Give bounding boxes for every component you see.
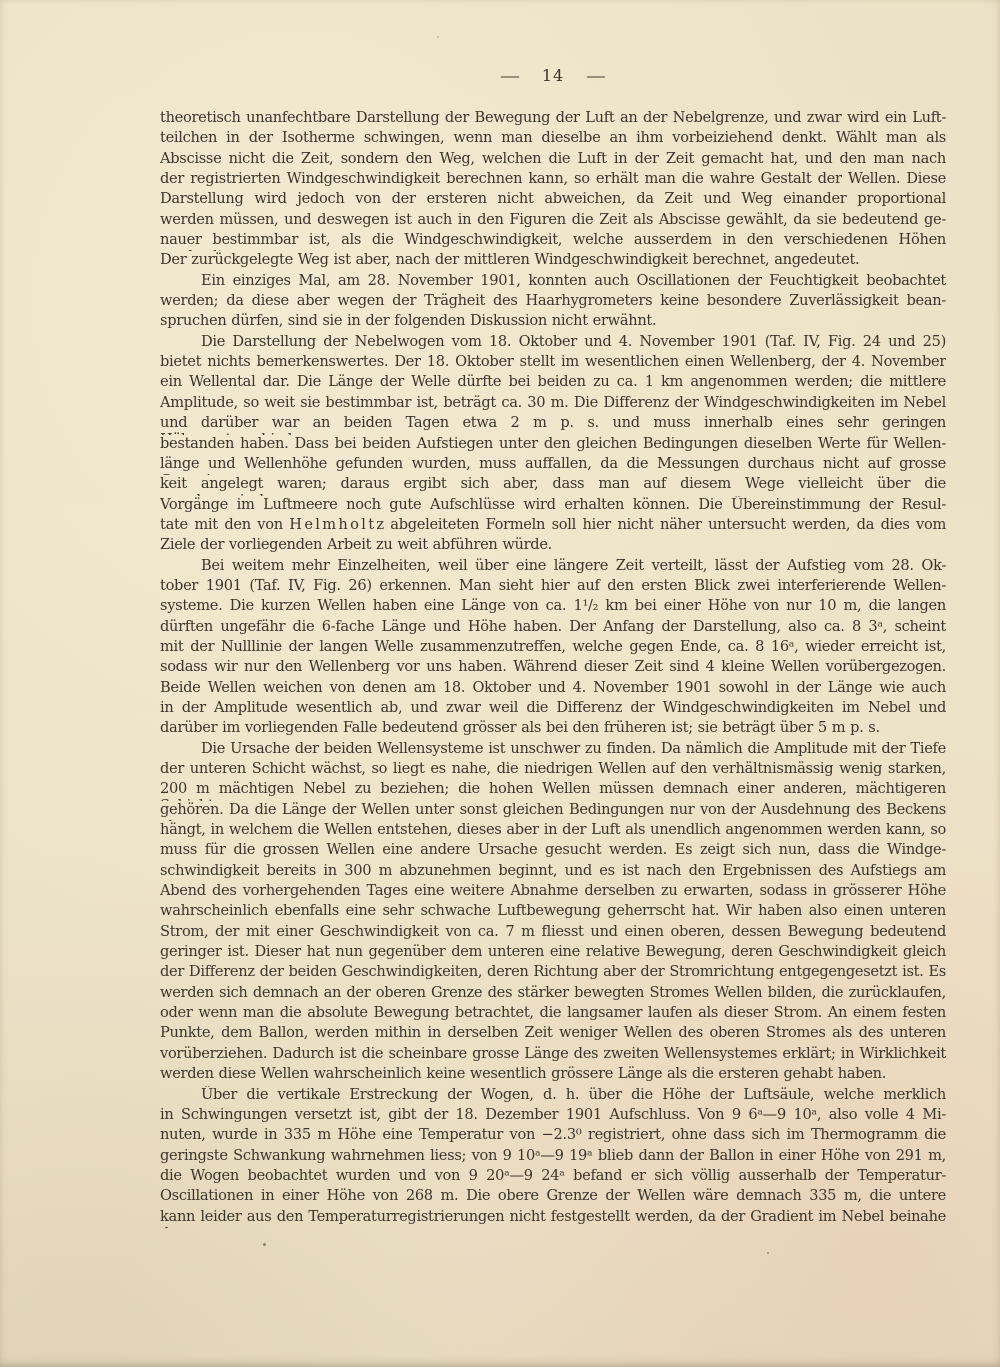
text-line: spruchen dürfen, sind sie in der folgend… — [160, 312, 946, 332]
text-line: darüber im vorliegenden Falle bedeutend … — [160, 719, 946, 739]
text-line: tober 1901 (Taf. IV, Fig. 26) erkennen. … — [160, 577, 946, 597]
text-line: Die Ursache der beiden Wellensysteme ist… — [160, 740, 946, 760]
text-line: in Schwingungen versetzt ist, gibt der 1… — [160, 1106, 946, 1126]
text-line: dürften ungefähr die 6-fache Länge und H… — [160, 618, 946, 638]
text-line: Abscisse nicht die Zeit, sondern den Weg… — [160, 150, 946, 170]
text-line: werden; da diese aber wegen der Trägheit… — [160, 292, 946, 312]
paper-speck — [767, 1252, 769, 1254]
text-line: Abend des vorhergehenden Tages eine weit… — [160, 882, 946, 902]
text-line: Über die vertikale Erstreckung der Wogen… — [160, 1086, 946, 1106]
text-line: Ein einziges Mal, am 28. November 1901, … — [160, 272, 946, 292]
text-line: Bei weitem mehr Einzelheiten, weil über … — [160, 557, 946, 577]
text-line: Darstellung wird jedoch von der ersteren… — [160, 190, 946, 210]
text-line: der unteren Schicht wächst, so liegt es … — [160, 760, 946, 780]
text-line: tate mit den von H e l m h o l t z abgel… — [160, 516, 946, 536]
text-line: systeme. Die kurzen Wellen haben eine Lä… — [160, 597, 946, 617]
page-number: 14 — [542, 66, 564, 85]
text-line: werden müssen, und deswegen ist auch in … — [160, 211, 946, 231]
text-line: geringer ist. Dieser hat nun gegenüber d… — [160, 943, 946, 963]
text-line: 200 m mächtigen Nebel zu beziehen; die h… — [160, 780, 946, 800]
text-line: der Differenz der beiden Geschwindigkeit… — [160, 963, 946, 983]
text-line: der registrierten Windgeschwindigkeit be… — [160, 170, 946, 190]
text-line: werden diese Wellen wahrscheinlich keine… — [160, 1065, 946, 1085]
text-line: Die Darstellung der Nebelwogen vom 18. O… — [160, 333, 946, 353]
text-line: werden sich demnach an der oberen Grenze… — [160, 984, 946, 1004]
text-line: Vorgänge im Luftmeere noch gute Aufschlü… — [160, 496, 946, 516]
text-line: ein Wellental dar. Die Länge der Welle d… — [160, 373, 946, 393]
text-line: Beide Wellen weichen von denen am 18. Ok… — [160, 679, 946, 699]
text-line: die Wogen beobachtet wurden und von 9 20… — [160, 1167, 946, 1187]
text-line: sodass wir nur den Wellenberg vor uns ha… — [160, 658, 946, 678]
text-line: nuten, wurde in 335 m Höhe eine Temperat… — [160, 1126, 946, 1146]
text-line: geringste Schwankung wahrnehmen liess; v… — [160, 1147, 946, 1167]
text-line: oder wenn man die absolute Bewegung betr… — [160, 1004, 946, 1024]
text-line: Strom, der mit einer Geschwindigkeit von… — [160, 923, 946, 943]
paper-speck — [437, 36, 439, 38]
text-line: teilchen in der Isotherme schwingen, wen… — [160, 129, 946, 149]
text-line: muss für die grossen Wellen eine andere … — [160, 841, 946, 861]
text-line: bietet nichts bemerkenswertes. Der 18. O… — [160, 353, 946, 373]
text-line: vorüberziehen. Dadurch ist die scheinbar… — [160, 1045, 946, 1065]
text-line: hängt, in welchem die Wellen entstehen, … — [160, 821, 946, 841]
text-line: bestanden haben. Dass bei beiden Aufstie… — [160, 435, 946, 455]
text-line: in der Amplitude wesentlich ab, und zwar… — [160, 699, 946, 719]
paper-speck — [640, 1190, 642, 1192]
header-dash-left: — — [500, 66, 520, 85]
text-line: keit angelegt waren; daraus ergibt sich … — [160, 475, 946, 495]
page-header: — 14 — — [160, 66, 946, 85]
paper-speck — [263, 1243, 266, 1246]
scanned-page: — 14 — theoretisch unanfechtbare Darstel… — [0, 0, 1000, 1367]
text-line: wahrscheinlich ebenfalls eine sehr schwa… — [160, 902, 946, 922]
text-line: schwindigkeit bereits in 300 m abzunehme… — [160, 862, 946, 882]
text-line: Amplitude, so weit sie bestimmbar ist, b… — [160, 394, 946, 414]
header-dash-right: — — [586, 66, 606, 85]
text-block: theoretisch unanfechtbare Darstellung de… — [160, 109, 946, 1228]
text-line: Ziele der vorliegenden Arbeit zu weit ab… — [160, 536, 946, 556]
text-line: Punkte, dem Ballon, werden mithin in der… — [160, 1024, 946, 1044]
text-line: und darüber war an beiden Tagen etwa 2 m… — [160, 414, 946, 434]
text-line: nauer bestimmbar ist, als die Windgeschw… — [160, 231, 946, 251]
text-line: Oscillationen in einer Höhe von 268 m. D… — [160, 1187, 946, 1207]
text-line: Der zurückgelegte Weg ist aber, nach der… — [160, 251, 946, 271]
text-line: gehören. Da die Länge der Wellen unter s… — [160, 801, 946, 821]
text-line: kann leider aus den Temperaturregistrier… — [160, 1208, 946, 1228]
text-line: mit der Nulllinie der langen Welle zusam… — [160, 638, 946, 658]
text-line: länge und Wellenhöhe gefunden wurden, mu… — [160, 455, 946, 475]
text-line: theoretisch unanfechtbare Darstellung de… — [160, 109, 946, 129]
